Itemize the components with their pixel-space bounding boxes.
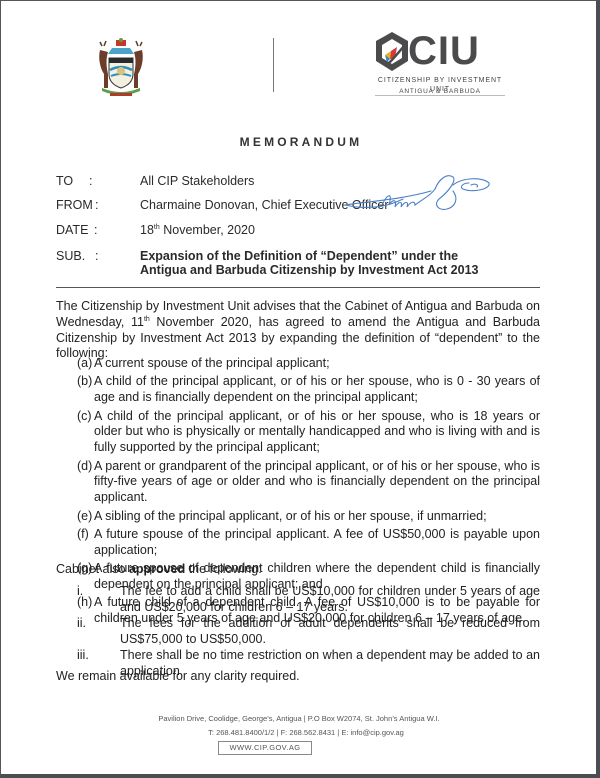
to-colon: : [89, 174, 92, 189]
list-text: A parent or grandparent of the principal… [94, 459, 540, 505]
from-label: FROM [56, 198, 96, 213]
date-day: 18 [140, 223, 154, 237]
cabinet-approved-heading: Cabinet also approved the following: [56, 562, 540, 578]
signature-icon [343, 169, 491, 221]
list-text: The fee to add a child shall be US$10,00… [120, 584, 540, 614]
footer-website-link[interactable]: WWW.CIP.GOV.AG [218, 741, 312, 755]
list-marker: ii. [77, 616, 86, 632]
list-marker: (f) [77, 527, 89, 543]
memo-title: MEMORANDUM [1, 135, 600, 149]
to-value: All CIP Stakeholders [140, 174, 254, 189]
list-item: (d)A parent or grandparent of the princi… [77, 459, 540, 506]
list-marker: (b) [77, 374, 92, 390]
list-marker: (e) [77, 509, 92, 525]
list-item: (e)A sibling of the principal applicant,… [77, 509, 540, 525]
list-item: ii.The fees for the addition of adult de… [77, 616, 540, 648]
cabinet-pre: Cabinet also [56, 562, 129, 576]
list-item: i.The fee to add a child shall be US$10,… [77, 584, 540, 616]
list-marker: (c) [77, 409, 92, 425]
list-text: A child of the principal applicant, or o… [94, 374, 540, 404]
subject-line-2: Antigua and Barbuda Citizenship by Inves… [140, 263, 479, 278]
approvals-list: i.The fee to add a child shall be US$10,… [77, 584, 540, 680]
date-label: DATE [56, 223, 96, 238]
ciu-country: ANTIGUA & BARBUDA [375, 87, 505, 96]
subject-line-1: Expansion of the Definition of “Dependen… [140, 249, 458, 264]
subject-colon: : [95, 249, 98, 264]
list-marker: iii. [77, 648, 89, 664]
intro-paragraph: The Citizenship by Investment Unit advis… [56, 299, 540, 362]
list-marker: (d) [77, 459, 92, 475]
memorandum-page: CIU CITIZENSHIP BY INVESTMENT UNIT ANTIG… [0, 0, 600, 778]
list-marker: (a) [77, 356, 92, 372]
list-item: (a)A current spouse of the principal app… [77, 356, 540, 372]
list-text: The fees for the addition of adult depen… [120, 616, 540, 646]
section-divider [56, 287, 540, 288]
ciu-hexagon-icon [375, 31, 409, 73]
list-marker: i. [77, 584, 83, 600]
ciu-logo: CIU CITIZENSHIP BY INVESTMENT UNIT ANTIG… [375, 31, 505, 97]
from-colon: : [95, 198, 98, 213]
date-colon: : [94, 223, 97, 238]
subject-label: SUB. [56, 249, 96, 264]
list-text: A child of the principal applicant, or o… [94, 409, 540, 455]
date-rest: November, 2020 [160, 223, 255, 237]
header-divider [273, 38, 274, 92]
coat-of-arms-icon [94, 38, 148, 98]
list-text: A current spouse of the principal applic… [94, 356, 330, 370]
list-text: A future spouse of the principal applica… [94, 527, 540, 557]
cabinet-bold: approved [129, 562, 185, 576]
list-item: (c)A child of the principal applicant, o… [77, 409, 540, 456]
cabinet-post: the following: [185, 562, 261, 576]
list-text: A sibling of the principal applicant, or… [94, 509, 487, 523]
date-value: 18th November, 2020 [140, 223, 255, 238]
footer-address: Pavilion Drive, Coolidge, George’s, Anti… [0, 714, 599, 723]
closing-line: We remain available for any clarity requ… [56, 669, 540, 685]
list-item: (f)A future spouse of the principal appl… [77, 527, 540, 559]
ciu-wordmark: CIU [408, 31, 480, 71]
footer-contact: T: 268.481.8400/1/2 | F: 268.562.8431 | … [6, 728, 600, 737]
list-item: (b)A child of the principal applicant, o… [77, 374, 540, 406]
